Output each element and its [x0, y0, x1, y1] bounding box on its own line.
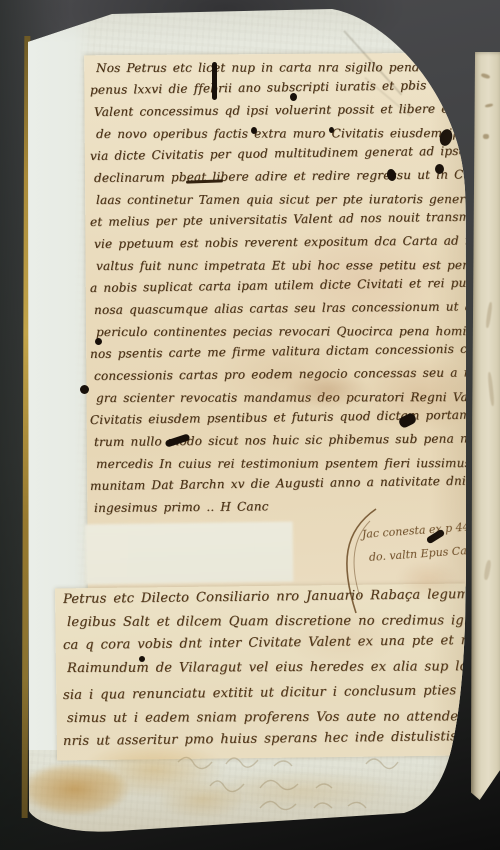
charter-line: nos psentis carte me firme valitura dict…: [90, 338, 466, 365]
adjacent-folio-ink-mark: [483, 560, 491, 581]
charter-line: ingesimus primo .. H Canc: [94, 493, 466, 519]
charter-line: munitam Dat Barchn xv die Augusti anno a…: [90, 470, 466, 497]
charter-line: penus lxxvi die ffebrii ano subscripti i…: [90, 74, 466, 101]
ink-blot: [80, 385, 89, 394]
ghost-text-impressions: [170, 748, 450, 818]
adjacent-folio-edge: [471, 52, 500, 800]
adjacent-folio-ink-mark: [487, 372, 495, 406]
charter-line: declinarum pbeat libere adire et redire …: [94, 163, 466, 189]
charter-line: Valent concessimus qd ipsi voluerint pos…: [94, 97, 466, 123]
ink-blot: [290, 93, 297, 101]
repair-patch: [85, 522, 294, 585]
adjacent-folio-ink-mark: [481, 73, 491, 80]
letter-line: sia i qua renunciatu extitit ut dicitur …: [63, 679, 465, 707]
letter-line: Raimundum de Vilaragut vel eius heredes …: [67, 655, 465, 680]
manuscript-leaf: Nos Petrus etc licet nup in carta nra si…: [0, 0, 500, 850]
charter-line: a nobis suplicat carta ipam utilem dicte…: [90, 272, 466, 299]
photograph-background: Nos Petrus etc licet nup in carta nra si…: [0, 0, 500, 850]
ink-blot: [212, 62, 217, 100]
letter-text-block: Petrus etc Dilecto Consiliario nro Janua…: [63, 588, 465, 753]
stain: [398, 560, 458, 600]
stain: [286, 372, 370, 408]
charter-line: concessionis cartas pro eodem negocio co…: [94, 361, 466, 387]
charter-line: via dicte Civitatis per quod multitudine…: [90, 140, 466, 167]
ink-blot: [95, 338, 102, 345]
charter-line: et melius per pte universitatis Valent a…: [90, 206, 466, 233]
adjacent-folio-ink-mark: [485, 103, 493, 108]
charter-text-block: Nos Petrus etc licet nup in carta nra si…: [94, 57, 466, 523]
letter-line: ca q cora vobis dnt inter Civitate Valen…: [63, 629, 465, 657]
charter-line: trum nullo modo sicut nos huic sic phibe…: [94, 427, 466, 453]
ink-blot: [139, 656, 145, 662]
ink-blot: [251, 127, 257, 134]
charter-line: nosa quascumque alias cartas seu lras co…: [94, 295, 466, 321]
adjacent-folio-ink-mark: [483, 134, 489, 139]
ink-blot: [329, 127, 334, 133]
ink-blot: [435, 164, 444, 174]
charter-line: vie ppetuum est nobis reverent expositum…: [94, 229, 466, 255]
adjacent-folio-ink-mark: [485, 302, 493, 328]
